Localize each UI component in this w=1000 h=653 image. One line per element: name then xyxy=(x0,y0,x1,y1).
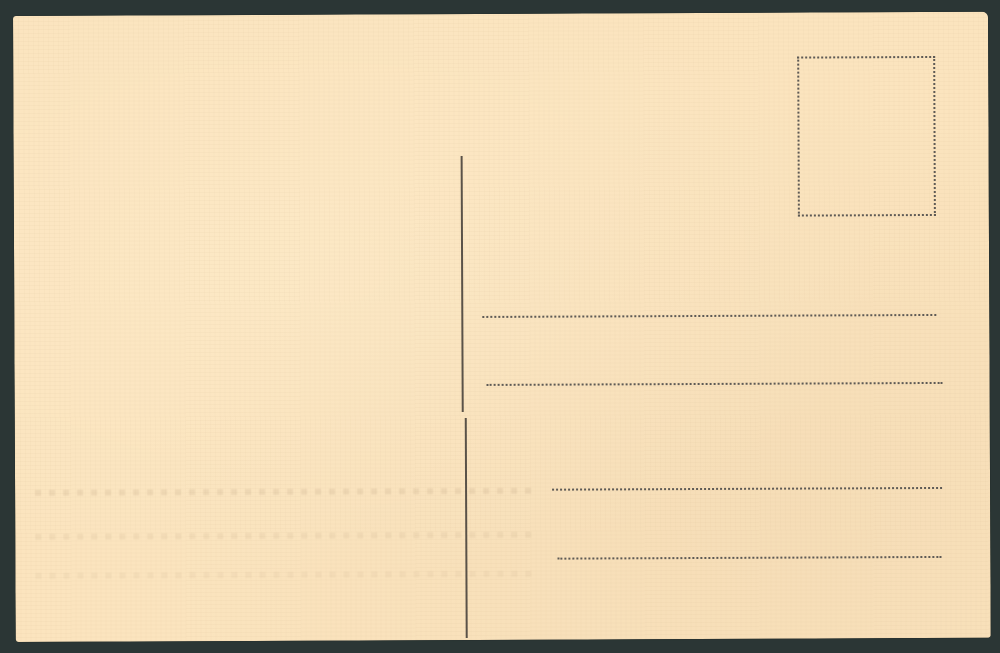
address-line-3 xyxy=(552,487,942,491)
faint-offset-print xyxy=(35,532,535,540)
address-line-4 xyxy=(557,556,941,560)
faint-offset-print xyxy=(35,488,535,496)
address-line-2 xyxy=(487,382,943,386)
center-divider-upper xyxy=(461,156,464,412)
center-divider-lower xyxy=(465,418,468,638)
postcard-back xyxy=(13,12,991,642)
faint-offset-print xyxy=(35,571,535,579)
address-line-1 xyxy=(482,314,936,318)
stamp-box xyxy=(797,56,936,217)
